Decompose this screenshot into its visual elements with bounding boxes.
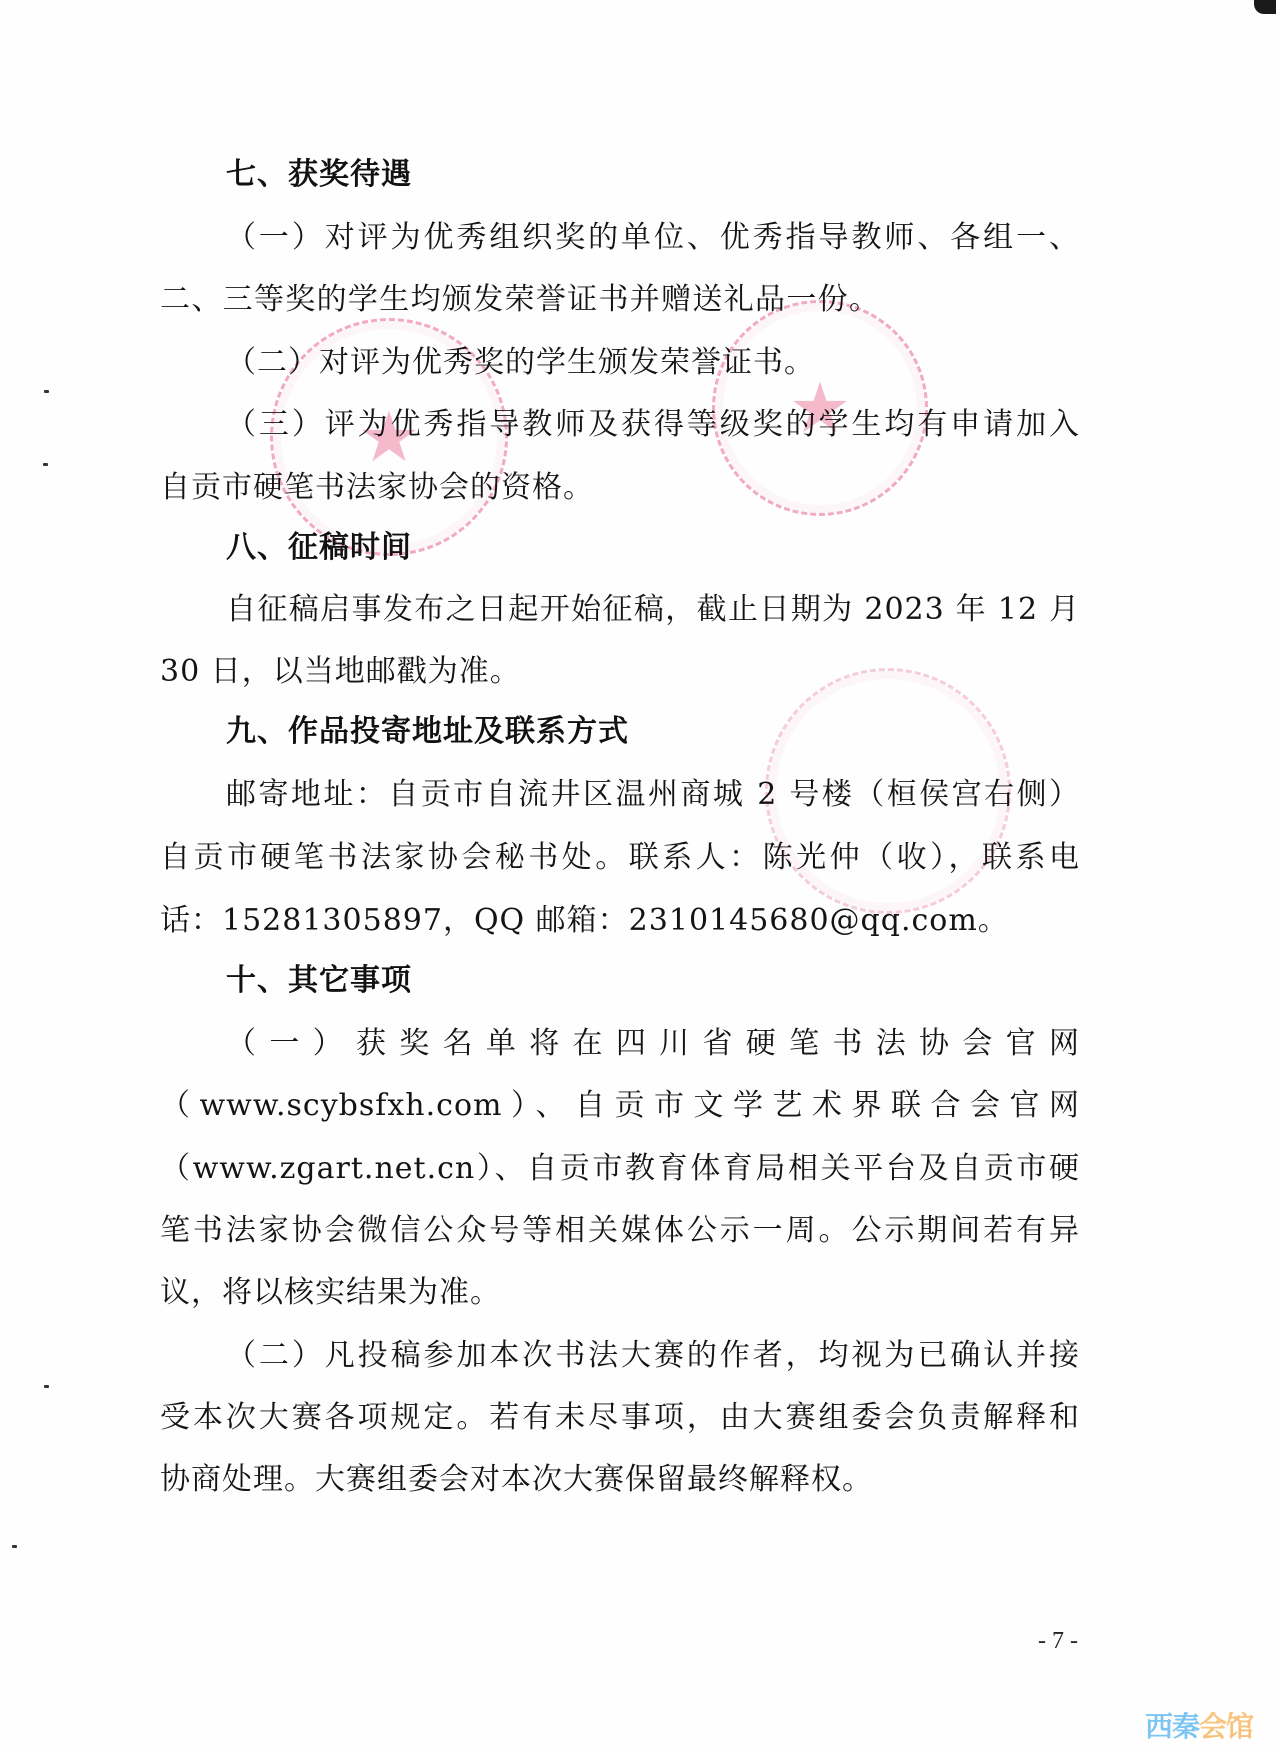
section-heading: 十、其它事项 <box>226 961 412 1001</box>
section-heading: 七、获奖待遇 <box>226 155 412 195</box>
paragraph-line: 协商处理。大赛组委会对本次大赛保留最终解释权。 <box>160 1460 1080 1500</box>
paragraph-line: 笔书法家协会微信公众号等相关媒体公示一周。公示期间若有异 <box>160 1211 1080 1251</box>
scanned-document-page: ★ ★ 七、获奖待遇 （一）对评为优秀组织奖的单位、优秀指导教师、各组一、 二、… <box>0 0 1276 1748</box>
paragraph-line: 邮寄地址：自贡市自流井区温州商城 2 号楼（桓侯宫右侧） <box>226 775 1080 815</box>
paragraph-line: （一）对评为优秀组织奖的单位、优秀指导教师、各组一、 <box>226 218 1080 258</box>
paragraph-line: 自贡市硬笔书法家协会的资格。 <box>160 468 1080 508</box>
scan-speck <box>43 463 48 466</box>
paragraph-line: （二）对评为优秀奖的学生颁发荣誉证书。 <box>226 343 1080 383</box>
scan-edge-shadow <box>1254 0 1276 14</box>
paragraph-line: 自贡市硬笔书法家协会秘书处。联系人：陈光仲（收），联系电 <box>160 838 1080 878</box>
scan-speck <box>12 1545 17 1548</box>
watermark-part-b: 会馆 <box>1199 1710 1253 1743</box>
paragraph-line: （www.scybsfxh.com）、自贡市文学艺术界联合会官网 <box>160 1086 1080 1126</box>
section-heading: 九、作品投寄地址及联系方式 <box>226 712 629 752</box>
paragraph-line: 受本次大赛各项规定。若有未尽事项，由大赛组委会负责解释和 <box>160 1398 1080 1438</box>
paragraph-line: 二、三等奖的学生均颁发荣誉证书并赠送礼品一份。 <box>160 280 880 320</box>
paragraph-line: （三）评为优秀指导教师及获得等级奖的学生均有申请加入 <box>226 405 1080 445</box>
section-heading: 八、征稿时间 <box>226 528 412 568</box>
site-watermark: 西秦会馆 <box>1145 1710 1253 1744</box>
paragraph-line: （二）凡投稿参加本次书法大赛的作者，均视为已确认并接 <box>226 1336 1080 1376</box>
paragraph-line: （一）获奖名单将在四川省硬笔书法协会官网 <box>226 1024 1080 1064</box>
paragraph-line: 自征稿启事发布之日起开始征稿，截止日期为 2023 年 12 月 <box>226 590 1080 630</box>
paragraph-line: 议，将以核实结果为准。 <box>160 1273 1080 1313</box>
page-number: - 7 - <box>1038 1626 1078 1656</box>
watermark-part-a: 西秦 <box>1145 1710 1199 1743</box>
paragraph-line: （www.zgart.net.cn）、自贡市教育体育局相关平台及自贡市硬 <box>160 1149 1080 1189</box>
paragraph-line: 30 日，以当地邮戳为准。 <box>160 652 1080 692</box>
paragraph-line: 话：15281305897，QQ 邮箱：2310145680@qq.com。 <box>160 901 1080 941</box>
scan-speck <box>44 1385 49 1388</box>
scan-speck <box>44 390 49 393</box>
